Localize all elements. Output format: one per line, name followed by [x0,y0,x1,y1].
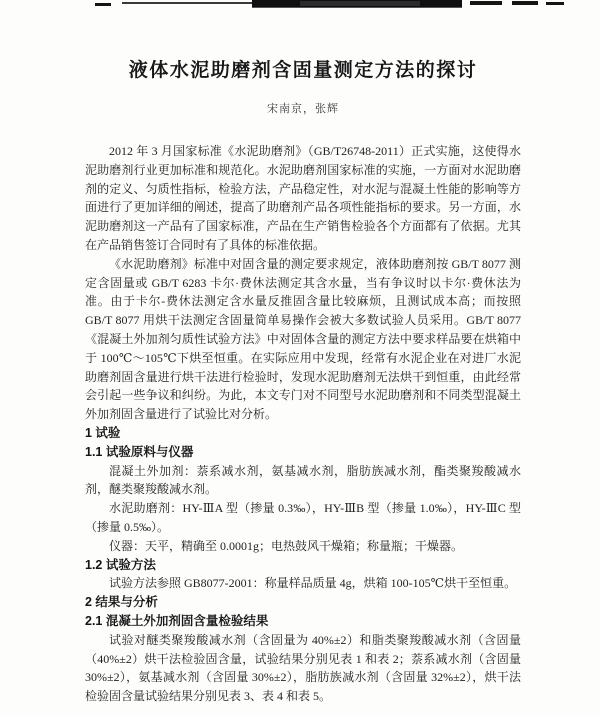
instruments-paragraph: 仪器：天平，精确至 0.0001g；电热鼓风干燥箱；称量瓶；干燥器。 [85,537,521,556]
section-1-heading: 1 试验 [85,424,521,443]
standards-paragraph: 《水泥助磨剂》标准中对固含量的测定要求规定，液体助磨剂按 GB/T 8077 测… [85,255,521,424]
section-1-1-heading: 1.1 试验原料与仪器 [85,443,521,462]
results-paragraph: 试验对醚类聚羧酸减水剂（含固量为 40%±2）和脂类聚羧酸减水剂（含固量（40%… [85,631,521,706]
scanned-paper-page: 液体水泥助磨剂含固量测定方法的探讨 宋南京，张辉 2012 年 3 月国家标准《… [0,0,600,715]
grinding-aids-paragraph: 水泥助磨剂：HY-ⅢA 型（掺量 0.3‰），HY-ⅢB 型（掺量 1.0‰），… [85,499,521,537]
page-content: 液体水泥助磨剂含固量测定方法的探讨 宋南京，张辉 2012 年 3 月国家标准《… [85,0,521,706]
intro-paragraph: 2012 年 3 月国家标准《水泥助磨剂》（GB/T26748-2011）正式实… [85,142,521,255]
section-1-2-heading: 1.2 试验方法 [85,556,521,575]
authors-line: 宋南京，张辉 [85,100,521,116]
admixtures-paragraph: 混凝土外加剂：萘系减水剂，氨基减水剂，脂肪族减水剂，酯类聚羧酸减水剂，醚类聚羧酸… [85,462,521,500]
paper-title: 液体水泥助磨剂含固量测定方法的探讨 [85,55,521,82]
section-2-1-heading: 2.1 混凝土外加剂固含量检验结果 [85,612,521,631]
paper-body: 2012 年 3 月国家标准《水泥助磨剂》（GB/T26748-2011）正式实… [85,142,521,706]
section-2-heading: 2 结果与分析 [85,593,521,612]
method-paragraph: 试验方法参照 GB8077-2001：称量样品质量 4g，烘箱 100-105℃… [85,574,521,593]
cutoff-fragment [546,2,564,5]
